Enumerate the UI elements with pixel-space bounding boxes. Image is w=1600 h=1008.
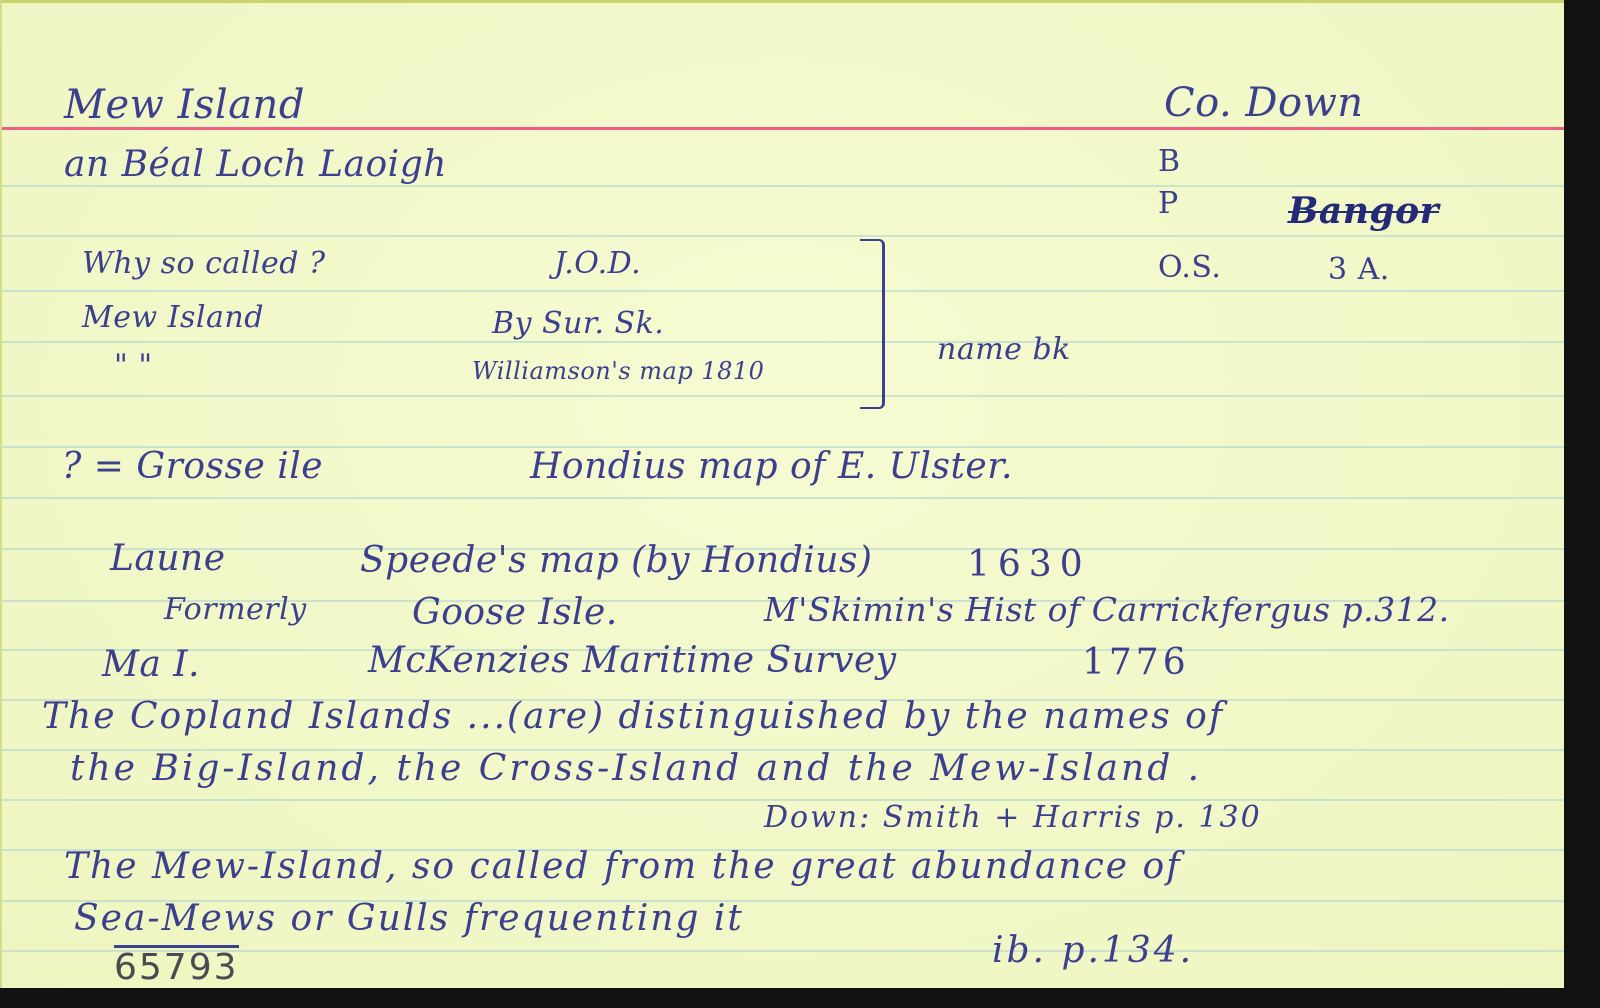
ruled-line [2, 235, 1564, 237]
bracket [860, 239, 885, 409]
index-card: Mew Island an Béal Loch Laoigh Co. Down … [0, 0, 1564, 988]
quote-1-citation: Down: Smith + Harris p. 130 [764, 803, 1262, 833]
ruled-line [2, 290, 1564, 292]
entry-ma-i-source: McKenzies Maritime Survey [368, 643, 897, 679]
ruled-line [2, 395, 1564, 397]
b-label: B [1158, 147, 1181, 177]
quote-1-line-2: the Big-Island, the Cross-Island and the… [70, 751, 1202, 787]
quote-1-line-1: The Copland Islands ...(are) distinguish… [42, 699, 1224, 735]
irish-name: an Béal Loch Laoigh [64, 147, 447, 183]
entry-williamson-source: Williamson's map 1810 [472, 359, 764, 383]
bracket-note: name bk [937, 335, 1071, 365]
os-value: 3 A. [1328, 255, 1390, 285]
entry-laune-source: Speede's map (by Hondius) [360, 543, 872, 579]
entry-laune: Laune [110, 541, 226, 577]
quote-2-line-2: Sea-Mews or Gulls frequenting it [74, 901, 744, 937]
ruled-line [2, 497, 1564, 499]
entry-ditto: " " [114, 351, 153, 381]
entry-mew-island-source: By Sur. Sk. [492, 309, 664, 339]
entry-why-called-source: J.O.D. [554, 249, 641, 279]
entry-grosse-ile: ? = Grosse ile [62, 449, 323, 485]
p-label: P [1158, 189, 1179, 219]
entry-grosse-ile-source: Hondius map of E. Ulster. [530, 449, 1013, 485]
card-number: 65793 [114, 945, 239, 986]
entry-laune-year: 1630 [967, 547, 1091, 583]
parish-value: Bangor [1288, 193, 1439, 229]
os-label: O.S. [1158, 253, 1221, 283]
entry-formerly: Formerly [164, 595, 307, 625]
entry-mew-island: Mew Island [82, 303, 264, 333]
quote-2-citation: ib. p.134. [992, 933, 1194, 969]
entry-formerly-source: Goose Isle. [412, 595, 618, 631]
ruled-line [2, 185, 1564, 187]
placename-heading: Mew Island [64, 85, 305, 125]
entry-formerly-ref: M'Skimin's Hist of Carrickfergus p.312. [764, 593, 1450, 626]
county-label: Co. Down [1164, 83, 1364, 123]
entry-ma-i: Ma I. [102, 647, 200, 683]
quote-2-line-1: The Mew-Island, so called from the great… [64, 849, 1182, 885]
entry-ma-i-year: 1776 [1082, 645, 1190, 681]
entry-why-called: Why so called ? [82, 249, 326, 279]
ruled-line [2, 341, 1564, 343]
